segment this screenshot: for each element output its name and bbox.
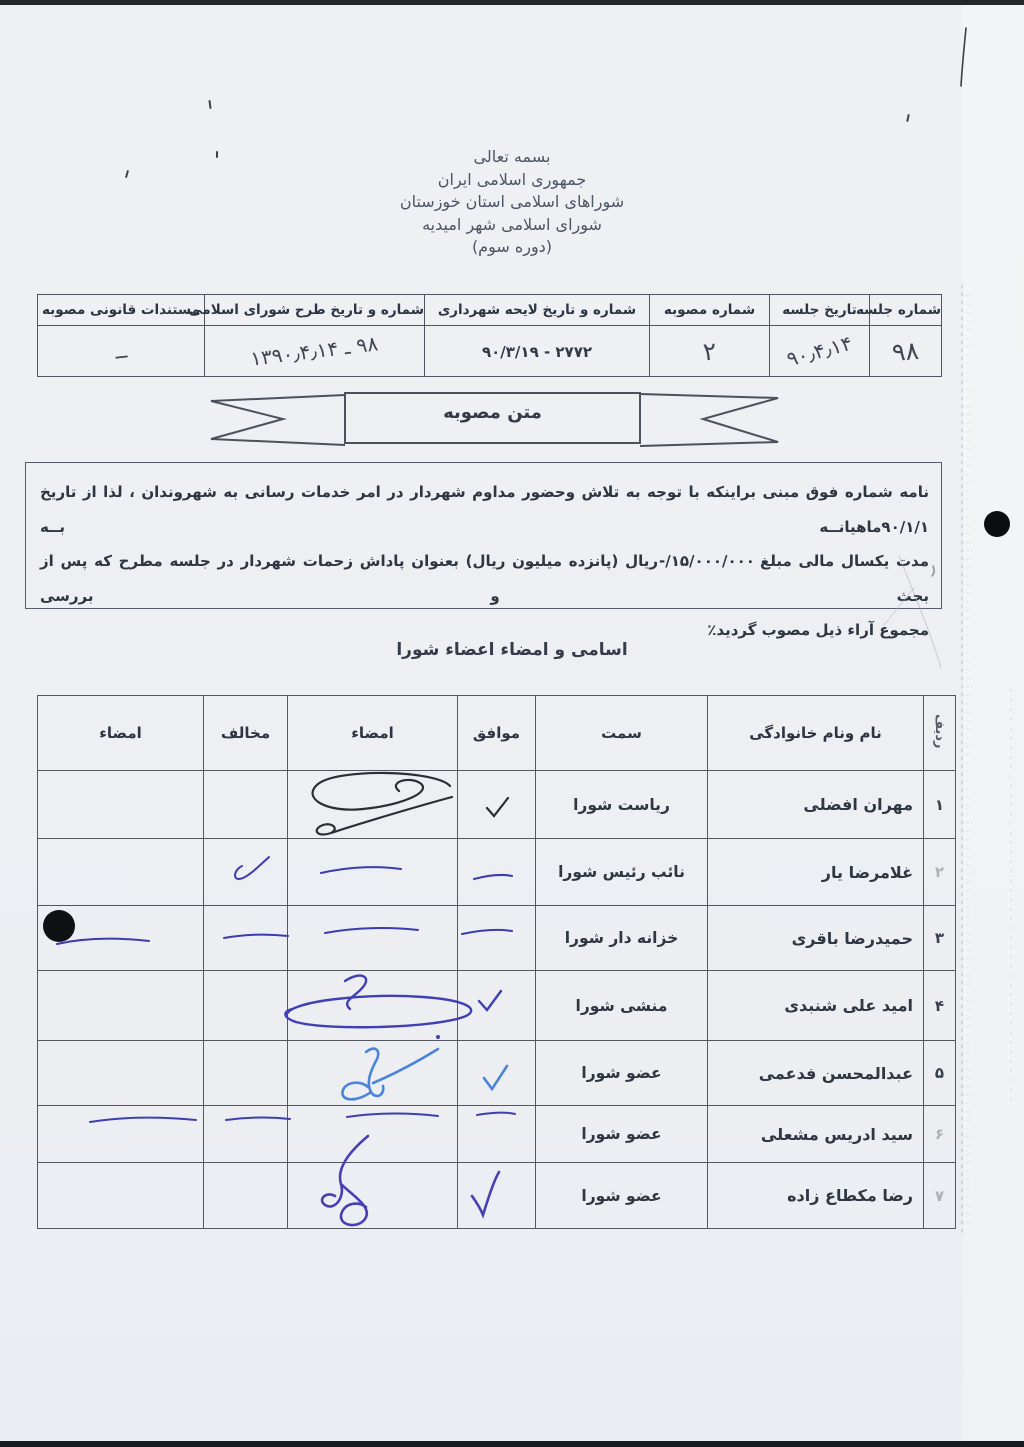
row-no: ۴ <box>924 971 956 1041</box>
oppose-cell <box>204 839 288 906</box>
col-header-session-date: تاریخ جلسه <box>770 295 870 326</box>
member-name: سید ادریس مشعلی <box>708 1106 924 1163</box>
proposal-no-date-cell: ۹۸ ـ ۱۳۹۰٫۴٫۱۴ <box>205 326 425 377</box>
banner-title: متن مصوبه <box>345 402 640 423</box>
member-position: خزانه دار شورا <box>536 906 708 971</box>
row-no: ۶ <box>924 1106 956 1163</box>
resolution-no-cell: ۲ <box>650 326 770 377</box>
member-position: نائب رئیس شورا <box>536 839 708 906</box>
col-header-oppose: مخالف <box>204 696 288 771</box>
member-name: امید علی شنبدی <box>708 971 924 1041</box>
meta-header-row: شماره جلسه تاریخ جلسه شماره مصوبه شماره … <box>38 295 942 326</box>
row-no: ۷ <box>924 1163 956 1229</box>
ink-speck <box>208 100 211 109</box>
member-position: عضو شورا <box>536 1106 708 1163</box>
session-date-cell: ۹۰٫۴٫۱۴ <box>770 326 870 377</box>
members-signature-table: ردیف نام ونام خانوادگی سمت موافق امضاء م… <box>37 695 956 1229</box>
signature2-cell <box>38 906 204 971</box>
agree-cell <box>458 1163 536 1229</box>
signature-cell <box>288 771 458 839</box>
banner-right-wing <box>640 394 778 446</box>
letterhead-line-republic: جمهوری اسلامی ایران <box>0 169 1024 192</box>
ink-speck <box>216 151 218 158</box>
member-row-5: ۵ عبدالمحسن فدعمی عضو شورا <box>38 1041 956 1106</box>
col-header-legal-docs: مستندات قانونی مصوبه <box>38 295 205 326</box>
member-position: منشی شورا <box>536 971 708 1041</box>
session-date-handwritten: ۹۰٫۴٫۱۴ <box>784 331 855 371</box>
legal-docs-dash: ــ <box>114 338 129 363</box>
ink-speck <box>906 114 910 122</box>
agree-cell <box>458 771 536 839</box>
row-no: ۲ <box>924 839 956 906</box>
oppose-cell <box>204 906 288 971</box>
bill-no-date-value: ۲۷۷۲ - ۹۰/۳/۱۹ <box>482 343 592 361</box>
sig-header-row: ردیف نام ونام خانوادگی سمت موافق امضاء م… <box>38 696 956 771</box>
member-position: عضو شورا <box>536 1163 708 1229</box>
resolution-body-box: نامه شماره فوق مبنی براینکه با توجه به ت… <box>25 462 942 609</box>
col-header-agree: موافق <box>458 696 536 771</box>
member-row-4: ۴ امید علی شنبدی منشی شورا <box>38 971 956 1041</box>
col-header-signature-2: امضاء <box>38 696 204 771</box>
row-no: ۵ <box>924 1041 956 1106</box>
member-name: عبدالمحسن فدعمی <box>708 1041 924 1106</box>
row-no: ۱ <box>924 771 956 839</box>
member-row-1: ۱ مهران افضلی ریاست شورا <box>38 771 956 839</box>
member-name: مهران افضلی <box>708 771 924 839</box>
col-header-resolution-no: شماره مصوبه <box>650 295 770 326</box>
letterhead-line-term: (دوره سوم) <box>0 236 1024 259</box>
signature2-cell <box>38 771 204 839</box>
signature2-cell <box>38 1106 204 1163</box>
oppose-cell <box>204 971 288 1041</box>
signature2-cell <box>38 839 204 906</box>
scan-edge-bottom <box>0 1441 1024 1447</box>
signature-cell <box>288 1106 458 1163</box>
session-no-handwritten: ۹۸ <box>891 335 920 366</box>
meta-value-row: ۹۸ ۹۰٫۴٫۱۴ ۲ ۲۷۷۲ - ۹۰/۳/۱۹ ۹۸ ـ ۱۳۹۰٫۴٫… <box>38 326 942 377</box>
col-header-session-no: شماره جلسه <box>870 295 942 326</box>
scanned-council-resolution-page: بسمه تعالی جمهوری اسلامی ایران شوراهای ا… <box>0 0 1024 1447</box>
resolution-meta-table: شماره جلسه تاریخ جلسه شماره مصوبه شماره … <box>37 294 942 377</box>
member-position: ریاست شورا <box>536 771 708 839</box>
member-position: عضو شورا <box>536 1041 708 1106</box>
member-name: رضا مکطاع زاده <box>708 1163 924 1229</box>
letterhead: بسمه تعالی جمهوری اسلامی ایران شوراهای ا… <box>0 146 1024 259</box>
member-name: غلامرضا یار <box>708 839 924 906</box>
signature-cell <box>288 839 458 906</box>
signature2-cell <box>38 1163 204 1229</box>
oppose-cell <box>204 1163 288 1229</box>
row-no: ۳ <box>924 906 956 971</box>
signature-cell <box>288 1163 458 1229</box>
banner-left-wing <box>211 395 345 445</box>
scan-edge-top <box>0 0 1024 5</box>
col-header-row-no: ردیف <box>924 696 956 771</box>
col-header-position: سمت <box>536 696 708 771</box>
member-row-6: ۶ سید ادریس مشعلی عضو شورا <box>38 1106 956 1163</box>
signature2-cell <box>38 971 204 1041</box>
agree-cell <box>458 971 536 1041</box>
member-row-3: ۳ حمیدرضا باقری خزانه دار شورا <box>38 906 956 971</box>
agree-cell <box>458 1106 536 1163</box>
col-header-proposal-no-date: شماره و تاریخ طرح شورای اسلامی <box>205 295 425 326</box>
proposal-no-date-handwritten: ۹۸ ـ ۱۳۹۰٫۴٫۱۴ <box>249 331 379 370</box>
agree-cell <box>458 839 536 906</box>
letterhead-line-province-councils: شوراهای اسلامی استان خوزستان <box>0 191 1024 214</box>
signatures-section-title: اسامی و امضاء اعضاء شورا <box>0 640 1024 660</box>
agree-cell <box>458 1041 536 1106</box>
member-row-7: ۷ رضا مکطاع زاده عضو شورا <box>38 1163 956 1229</box>
member-name: حمیدرضا باقری <box>708 906 924 971</box>
col-header-bill-no-date: شماره و تاریخ لایحه شهرداری <box>425 295 650 326</box>
body-line-1: نامه شماره فوق مبنی براینکه با توجه به ت… <box>40 475 929 544</box>
member-row-2: ۲ غلامرضا یار نائب رئیس شورا <box>38 839 956 906</box>
col-header-signature-1: امضاء <box>288 696 458 771</box>
resolution-no-handwritten: ۲ <box>702 336 718 366</box>
signature-cell <box>288 906 458 971</box>
oppose-cell <box>204 1106 288 1163</box>
body-line2-prefix: مدت یکسال مالی مبلغ <box>760 552 929 570</box>
body-line2-amount: -/۱۵/۰۰۰/۰۰۰ <box>659 544 755 579</box>
bill-no-date-cell: ۲۷۷۲ - ۹۰/۳/۱۹ <box>425 326 650 377</box>
agree-cell <box>458 906 536 971</box>
legal-docs-cell: ــ <box>38 326 205 377</box>
signature-cell <box>288 971 458 1041</box>
row-no-label: ردیف <box>932 714 947 749</box>
signature2-cell <box>38 1041 204 1106</box>
letterhead-line-bismillah: بسمه تعالی <box>0 146 1024 169</box>
session-no-cell: ۹۸ <box>870 326 942 377</box>
oppose-cell <box>204 771 288 839</box>
body-line-2: مدت یکسال مالی مبلغ-/۱۵/۰۰۰/۰۰۰ریال (پان… <box>40 544 929 613</box>
letterhead-line-city-council: شورای اسلامی شهر امیدیه <box>0 214 1024 237</box>
col-header-fullname: نام ونام خانوادگی <box>708 696 924 771</box>
oppose-cell <box>204 1041 288 1106</box>
signature-cell <box>288 1041 458 1106</box>
